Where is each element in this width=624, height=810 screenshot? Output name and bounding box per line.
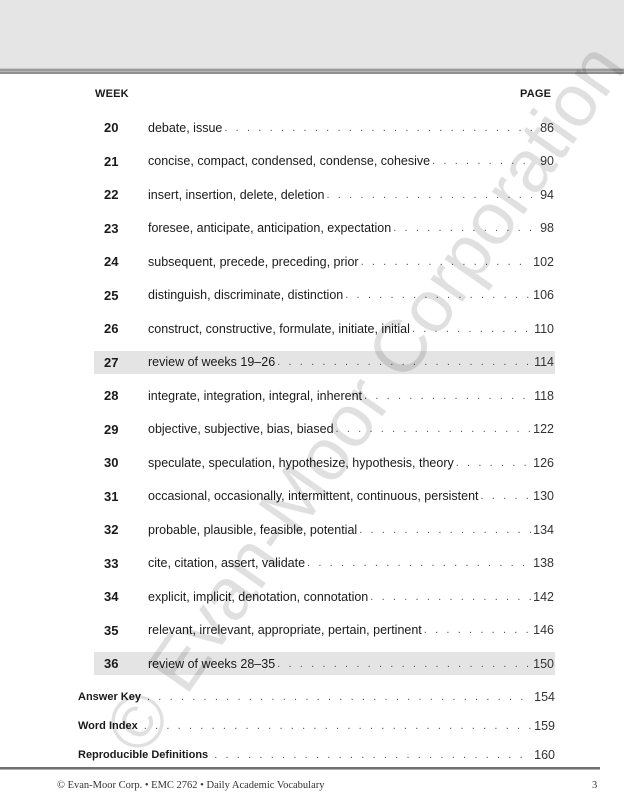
dot-leader: . . . . . . . . . . . . . . . . . . . . … bbox=[481, 490, 532, 502]
page-reference: 130 bbox=[533, 489, 555, 503]
dot-leader: . . . . . . . . . . . . . . . . . . . . … bbox=[336, 423, 532, 435]
vocabulary-words: concise, compact, condensed, condense, c… bbox=[148, 154, 430, 168]
page-reference: 102 bbox=[533, 255, 555, 269]
page-reference: 106 bbox=[533, 288, 555, 302]
page-reference: 122 bbox=[533, 422, 555, 436]
week-number: 32 bbox=[94, 522, 146, 537]
vocabulary-words: relevant, irrelevant, appropriate, perta… bbox=[148, 623, 422, 637]
footer-credit: © Evan-Moor Corp. • EMC 2762 • Daily Aca… bbox=[57, 780, 324, 791]
dot-leader: . . . . . . . . . . . . . . . . . . . . … bbox=[147, 691, 531, 703]
page-reference: 160 bbox=[534, 748, 555, 762]
dot-leader: . . . . . . . . . . . . . . . . . . . . … bbox=[345, 289, 531, 301]
week-number: 25 bbox=[94, 288, 146, 303]
vocabulary-words: construct, constructive, formulate, init… bbox=[148, 322, 410, 336]
toc-entry-week-25[interactable]: 25distinguish, discriminate, distinction… bbox=[94, 284, 555, 307]
dot-leader: . . . . . . . . . . . . . . . . . . . . … bbox=[214, 749, 531, 761]
back-matter-word-index[interactable]: Word Index. . . . . . . . . . . . . . . … bbox=[78, 717, 555, 735]
page-reference: 110 bbox=[534, 322, 555, 336]
back-matter-reproducible-definitions[interactable]: Reproducible Definitions. . . . . . . . … bbox=[78, 746, 555, 764]
page-reference: 126 bbox=[533, 456, 555, 470]
back-matter-answer-key[interactable]: Answer Key. . . . . . . . . . . . . . . … bbox=[78, 688, 555, 706]
dot-leader: . . . . . . . . . . . . . . . . . . . . … bbox=[364, 390, 532, 402]
toc-entry-week-29[interactable]: 29objective, subjective, bias, biased. .… bbox=[94, 418, 555, 441]
page-reference: 86 bbox=[534, 121, 555, 135]
week-number: 23 bbox=[94, 221, 146, 236]
dot-leader: . . . . . . . . . . . . . . . . . . . . … bbox=[370, 591, 531, 603]
top-rule bbox=[0, 68, 624, 74]
toc-entry-week-24[interactable]: 24subsequent, precede, preceding, prior.… bbox=[94, 250, 555, 273]
page-reference: 159 bbox=[534, 719, 555, 733]
vocabulary-words: review of weeks 19–26 bbox=[148, 355, 275, 369]
week-number: 36 bbox=[94, 656, 146, 671]
toc-entry-week-28[interactable]: 28integrate, integration, integral, inhe… bbox=[94, 384, 555, 407]
vocabulary-words: integrate, integration, integral, inhere… bbox=[148, 389, 362, 403]
toc-entry-week-36[interactable]: 36review of weeks 28–35. . . . . . . . .… bbox=[94, 652, 555, 675]
dot-leader: . . . . . . . . . . . . . . . . . . . . … bbox=[359, 524, 531, 536]
dot-leader: . . . . . . . . . . . . . . . . . . . . … bbox=[224, 122, 532, 134]
dot-leader: . . . . . . . . . . . . . . . . . . . . … bbox=[327, 189, 533, 201]
vocabulary-words: distinguish, discriminate, distinction bbox=[148, 288, 343, 302]
vocabulary-words: debate, issue bbox=[148, 121, 222, 135]
toc-entry-week-30[interactable]: 30speculate, speculation, hypothesize, h… bbox=[94, 451, 555, 474]
dot-leader: . . . . . . . . . . . . . . . . . . . . … bbox=[277, 356, 532, 368]
toc-entry-week-27[interactable]: 27review of weeks 19–26. . . . . . . . .… bbox=[94, 351, 555, 374]
dot-leader: . . . . . . . . . . . . . . . . . . . . … bbox=[361, 256, 532, 268]
vocabulary-words: probable, plausible, feasible, potential bbox=[148, 523, 357, 537]
vocabulary-words: subsequent, precede, preceding, prior bbox=[148, 255, 359, 269]
week-number: 28 bbox=[94, 388, 146, 403]
page-reference: 138 bbox=[533, 556, 555, 570]
toc-entry-week-20[interactable]: 20debate, issue. . . . . . . . . . . . .… bbox=[94, 116, 555, 139]
vocabulary-words: speculate, speculation, hypothesize, hyp… bbox=[148, 456, 454, 470]
dot-leader: . . . . . . . . . . . . . . . . . . . . … bbox=[393, 222, 532, 234]
dot-leader: . . . . . . . . . . . . . . . . . . . . … bbox=[456, 457, 531, 469]
toc-entry-week-26[interactable]: 26construct, constructive, formulate, in… bbox=[94, 317, 555, 340]
week-column-header: WEEK bbox=[95, 88, 129, 100]
vocabulary-words: objective, subjective, bias, biased bbox=[148, 422, 334, 436]
week-number: 34 bbox=[94, 589, 146, 604]
dot-leader: . . . . . . . . . . . . . . . . . . . . … bbox=[412, 323, 532, 335]
page-reference: 98 bbox=[534, 221, 555, 235]
page-reference: 134 bbox=[533, 523, 555, 537]
page-column-header: PAGE bbox=[520, 88, 551, 100]
week-number: 35 bbox=[94, 623, 146, 638]
week-number: 27 bbox=[94, 355, 146, 370]
toc-entry-week-34[interactable]: 34explicit, implicit, denotation, connot… bbox=[94, 585, 555, 608]
week-number: 30 bbox=[94, 455, 146, 470]
vocabulary-words: explicit, implicit, denotation, connotat… bbox=[148, 590, 368, 604]
vocabulary-words: insert, insertion, delete, deletion bbox=[148, 188, 325, 202]
page-reference: 150 bbox=[533, 657, 555, 671]
vocabulary-words: review of weeks 28–35 bbox=[148, 657, 275, 671]
week-number: 31 bbox=[94, 489, 146, 504]
page-reference: 94 bbox=[534, 188, 555, 202]
dot-leader: . . . . . . . . . . . . . . . . . . . . … bbox=[424, 624, 531, 636]
toc-entry-week-32[interactable]: 32probable, plausible, feasible, potenti… bbox=[94, 518, 555, 541]
vocabulary-words: occasional, occasionally, intermittent, … bbox=[148, 489, 479, 503]
top-gray-band bbox=[0, 0, 624, 68]
toc-entry-week-23[interactable]: 23foresee, anticipate, anticipation, exp… bbox=[94, 217, 555, 240]
week-number: 26 bbox=[94, 321, 146, 336]
toc-entry-week-33[interactable]: 33cite, citation, assert, validate. . . … bbox=[94, 552, 555, 575]
week-number: 33 bbox=[94, 556, 146, 571]
page-reference: 142 bbox=[533, 590, 555, 604]
page-reference: 154 bbox=[534, 690, 555, 704]
section-label: Word Index bbox=[78, 720, 138, 732]
dot-leader: . . . . . . . . . . . . . . . . . . . . … bbox=[307, 557, 531, 569]
vocabulary-words: cite, citation, assert, validate bbox=[148, 556, 305, 570]
week-number: 20 bbox=[94, 120, 146, 135]
bottom-rule bbox=[0, 767, 600, 770]
page-reference: 118 bbox=[534, 389, 555, 403]
page-reference: 90 bbox=[534, 154, 555, 168]
week-number: 21 bbox=[94, 154, 146, 169]
toc-entry-week-21[interactable]: 21concise, compact, condensed, condense,… bbox=[94, 150, 555, 173]
dot-leader: . . . . . . . . . . . . . . . . . . . . … bbox=[432, 155, 532, 167]
week-number: 29 bbox=[94, 422, 146, 437]
section-label: Reproducible Definitions bbox=[78, 749, 208, 761]
week-number: 24 bbox=[94, 254, 146, 269]
week-number: 22 bbox=[94, 187, 146, 202]
page-number: 3 bbox=[592, 780, 597, 791]
vocabulary-words: foresee, anticipate, anticipation, expec… bbox=[148, 221, 391, 235]
toc-entry-week-35[interactable]: 35relevant, irrelevant, appropriate, per… bbox=[94, 619, 555, 642]
dot-leader: . . . . . . . . . . . . . . . . . . . . … bbox=[277, 658, 531, 670]
section-label: Answer Key bbox=[78, 691, 141, 703]
toc-entry-week-31[interactable]: 31occasional, occasionally, intermittent… bbox=[94, 485, 555, 508]
toc-entry-week-22[interactable]: 22insert, insertion, delete, deletion. .… bbox=[94, 183, 555, 206]
page-reference: 114 bbox=[534, 355, 555, 369]
page-reference: 146 bbox=[533, 623, 555, 637]
dot-leader: . . . . . . . . . . . . . . . . . . . . … bbox=[144, 720, 531, 732]
